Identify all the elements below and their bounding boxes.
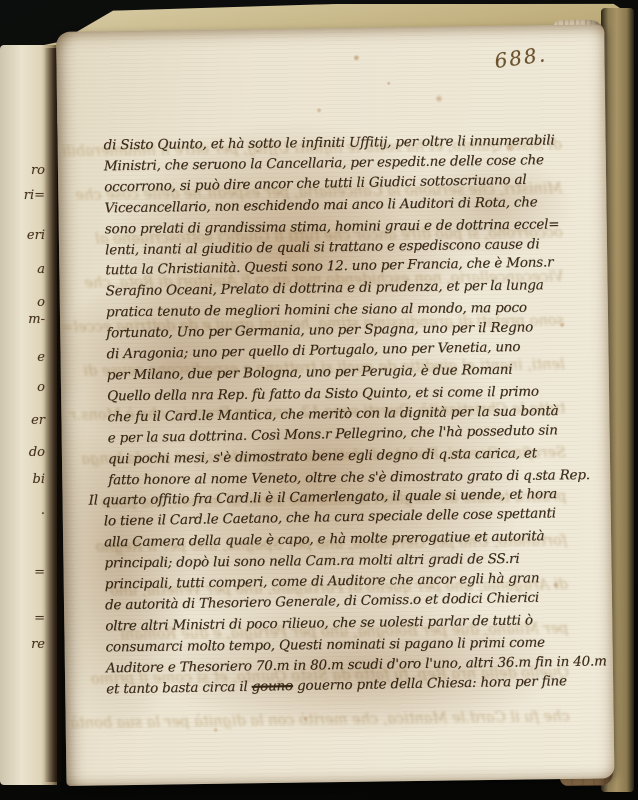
line-segment: et tanto basta circa il <box>106 678 252 697</box>
facing-page-text-fragment: re <box>31 637 45 652</box>
line-segment: gouerno pnte della Chiesa: hora per fine <box>293 673 567 694</box>
bleedthrough-line: che fu il Card.le Mantica, che meritò co… <box>67 695 570 746</box>
manuscript-line: fatto honore al nome Veneto, oltre che s… <box>108 465 578 491</box>
manuscript-page: di Sisto Quinto, et hà sotto le infiniti… <box>56 24 614 786</box>
facing-page-text-fragment: m- <box>28 312 45 327</box>
manuscript-photo: ro ri= eri a o m- e o er do bi . = = re … <box>0 0 638 800</box>
facing-page-text-fragment: ri= <box>24 188 45 203</box>
facing-page-text-fragment: ro <box>31 163 45 178</box>
crossed-out-word: gouno <box>251 678 293 695</box>
facing-page-text-fragment: do <box>29 445 45 460</box>
facing-page-text-fragment: er <box>31 413 45 428</box>
manuscript-text: di Sisto Quinto, et hà sotto le infiniti… <box>103 129 581 700</box>
facing-page-text-fragment: eri <box>27 228 45 243</box>
